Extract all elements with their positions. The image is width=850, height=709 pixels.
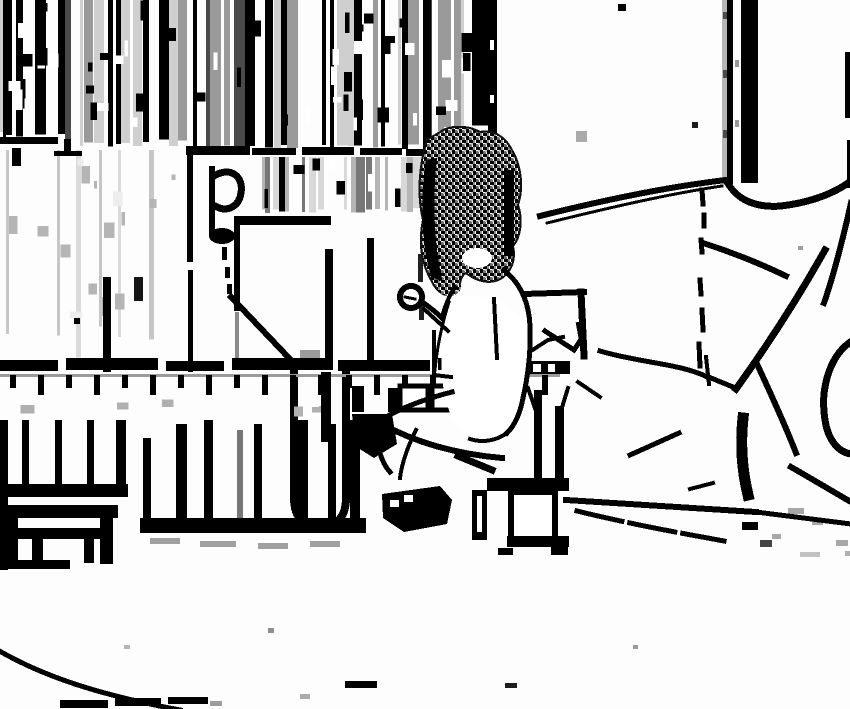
sketch-canvas	[0, 0, 850, 709]
sketch-figure	[0, 0, 850, 709]
